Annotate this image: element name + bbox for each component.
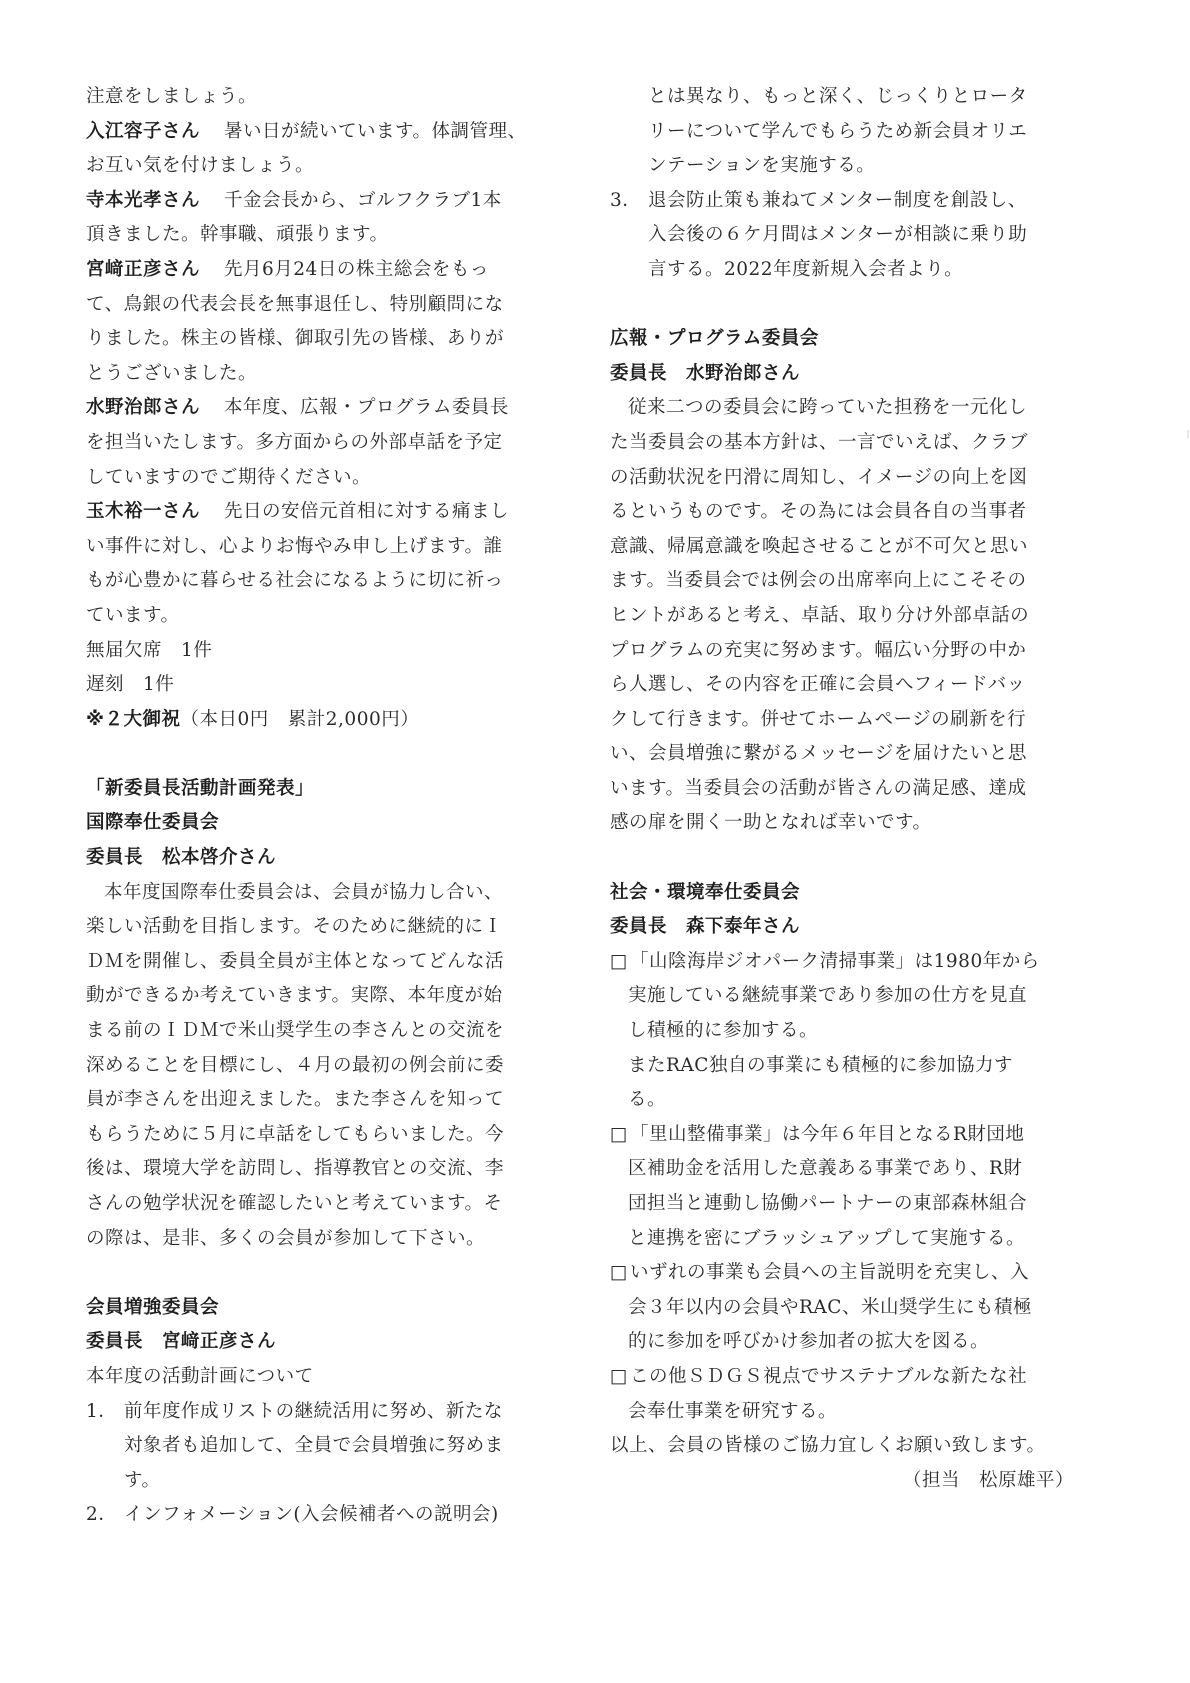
speaker-name: 寺本光孝さん — [86, 190, 200, 211]
speech-line: とうございました。 — [86, 357, 556, 392]
bullet-item: □この他ＳＤＧＳ視点でサステナブルな新たな社 — [610, 1360, 1080, 1395]
bullet-line: またRAC独自の事業にも積極的に参加協力す — [610, 1049, 1080, 1084]
bullet-line: と連携を密にブラッシュアップして実施する。 — [610, 1222, 1080, 1257]
body-line: 感の扉を開く一助となれば幸いです。 — [610, 806, 1080, 841]
left-column: 注意をしましょう。 入江容子さん暑い日が続いています。体調管理、 お互い気を付け… — [86, 80, 556, 1533]
body-line: さんの勉学状況を確認したいと考えています。そ — [86, 1187, 556, 1222]
closing-line: 以上、会員の皆様のご協力宜しくお願い致します。 — [610, 1429, 1080, 1464]
speaker-name: 玉木裕一さん — [86, 501, 200, 522]
item-number: 3． — [610, 184, 648, 219]
celebration-amount: （本日0円 累計2,000円） — [181, 709, 420, 730]
body-line: 後は、環境大学を訪問し、指導教官との交流、李 — [86, 1152, 556, 1187]
body-line: 深めることを目標にし、４月の最初の例会前に委 — [86, 1049, 556, 1084]
speech-irie: 入江容子さん暑い日が続いています。体調管理、 — [86, 115, 556, 150]
list-item-line: ンテーションを実施する。 — [610, 149, 1080, 184]
body-line: 意識、帰属意識を喚起させることが不可欠と思い — [610, 530, 1080, 565]
list-item-line: 対象者も追加して、全員で会員増強に努めま — [86, 1429, 556, 1464]
speech-line: て、鳥銀の代表会長を無事退任し、特別顧問にな — [86, 288, 556, 323]
bullet-line: 的に参加を呼びかけ参加者の拡大を図る。 — [610, 1325, 1080, 1360]
speech-miyazaki: 宮﨑正彦さん先月6月24日の株主総会をもっ — [86, 253, 556, 288]
speech-teramoto: 寺本光孝さん千金会長から、ゴルフクラブ1本 — [86, 184, 556, 219]
chair-name-community: 委員長 森下泰年さん — [610, 910, 1080, 945]
checkbox-square-icon: □ — [610, 945, 630, 980]
chair-name-pr-program: 委員長 水野治郎さん — [610, 357, 1080, 392]
list-item-line: す。 — [86, 1464, 556, 1499]
speaker-name: 入江容子さん — [86, 121, 200, 142]
spacer — [86, 737, 556, 772]
body-line: まる前のＩＤＭで米山奨学生の李さんとの交流を — [86, 1014, 556, 1049]
speech-line: い事件に対し、心よりお悔やみ申し上げます。誰 — [86, 530, 556, 565]
body-line: います。当委員会の活動が皆さんの満足感、達成 — [610, 772, 1080, 807]
bullet-line: 会奉仕事業を研究する。 — [610, 1395, 1080, 1430]
list-item-line: 言する。2022年度新規入会者より。 — [610, 253, 1080, 288]
list-item-2: 2．インフォメーション(入会候補者への説明会) — [86, 1498, 556, 1533]
document-page: 注意をしましょう。 入江容子さん暑い日が続いています。体調管理、 お互い気を付け… — [0, 0, 1190, 1683]
speech-line: していますのでご期待ください。 — [86, 461, 556, 496]
checkbox-square-icon: □ — [610, 1256, 630, 1291]
membership-intro: 本年度の活動計画について — [86, 1360, 556, 1395]
item-number: 2． — [86, 1498, 124, 1533]
checkbox-square-icon: □ — [610, 1118, 630, 1153]
body-line: ら人選し、その内容を正確に会員へフィードバッ — [610, 668, 1080, 703]
scan-artifact — [1187, 430, 1189, 438]
speech-mizuno: 水野治郎さん本年度、広報・プログラム委員長 — [86, 391, 556, 426]
celebration-label: ※２大御祝 — [86, 709, 181, 730]
committee-heading-pr-program: 広報・プログラム委員会 — [610, 322, 1080, 357]
body-line: 従来二つの委員会に跨っていた担務を一元化し — [610, 391, 1080, 426]
body-line: た当委員会の基本方針は、一言でいえば、クラブ — [610, 426, 1080, 461]
chair-name-international: 委員長 松本啓介さん — [86, 841, 556, 876]
list-item-line: 入会後の６ケ月間はメンターが相談に乗り助 — [610, 218, 1080, 253]
body-line: もらうために５月に卓話をしてもらいました。今 — [86, 1118, 556, 1153]
speech-line: を担当いたします。多方面からの外部卓話を予定 — [86, 426, 556, 461]
right-column: とは異なり、もっと深く、じっくりとロータ リーについて学んでもらうため新会員オリ… — [610, 80, 1080, 1498]
bullet-line: 区補助金を活用した意義ある事業であり、R財 — [610, 1152, 1080, 1187]
bullet-line: 団担当と連動し協働パートナーの東部森林組合 — [610, 1187, 1080, 1222]
speaker-name: 宮﨑正彦さん — [86, 259, 200, 280]
item-number: 1． — [86, 1395, 124, 1430]
body-line: 楽しい活動を目指します。そのために継続的にＩ — [86, 910, 556, 945]
body-line: クして行きます。併せてホームページの刷新を行 — [610, 703, 1080, 738]
body-line: ます。当委員会では例会の出席率向上にこそその — [610, 564, 1080, 599]
body-line: 本年度国際奉仕委員会は、会員が協力し合い、 — [86, 876, 556, 911]
bullet-item: □いずれの事業も会員への主旨説明を充実し、入 — [610, 1256, 1080, 1291]
bullet-line: る。 — [610, 1083, 1080, 1118]
bullet-line: 実施している継続事業であり参加の仕方を見直 — [610, 979, 1080, 1014]
bullet-item: □「里山整備事業」は今年６年目となるR財団地 — [610, 1118, 1080, 1153]
bullet-item: □「山陰海岸ジオパーク清掃事業」は1980年から — [610, 945, 1080, 980]
body-line: るというものです。その為には会員各自の当事者 — [610, 495, 1080, 530]
body-line: 動ができるか考えていきます。実際、本年度が始 — [86, 979, 556, 1014]
speech-line: お互い気を付けましょう。 — [86, 149, 556, 184]
author-credit: （担当 松原雄平） — [610, 1464, 1080, 1499]
speech-line: りました。株主の皆様、御取引先の皆様、ありが — [86, 322, 556, 357]
committee-heading-international: 国際奉仕委員会 — [86, 806, 556, 841]
intro-tail: 注意をしましょう。 — [86, 80, 556, 115]
body-line: ＤＭを開催し、委員全員が主体となってどんな活 — [86, 945, 556, 980]
list-item-3: 3．退会防止策も兼ねてメンター制度を創設し、 — [610, 184, 1080, 219]
body-line: の際は、是非、多くの会員が参加して下さい。 — [86, 1222, 556, 1257]
chair-name-membership: 委員長 宮﨑正彦さん — [86, 1325, 556, 1360]
spacer — [86, 1256, 556, 1291]
spacer — [610, 841, 1080, 876]
bullet-line: 会３年以内の会員やRAC、米山奨学生にも積極 — [610, 1291, 1080, 1326]
speech-line: もが心豊かに暮らせる社会になるように切に祈っ — [86, 564, 556, 599]
body-line: い、会員増強に繋がるメッセージを届けたいと思 — [610, 737, 1080, 772]
speech-tamaki: 玉木裕一さん先日の安倍元首相に対する痛まし — [86, 495, 556, 530]
body-line: 員が李さんを出迎えました。また李さんを知って — [86, 1083, 556, 1118]
absent-count: 無届欠席 1件 — [86, 634, 556, 669]
speaker-name: 水野治郎さん — [86, 397, 200, 418]
bullet-line: し積極的に参加する。 — [610, 1014, 1080, 1049]
committee-heading-membership: 会員増強委員会 — [86, 1291, 556, 1326]
body-line: プログラムの充実に努めます。幅広い分野の中か — [610, 634, 1080, 669]
list-item-line: リーについて学んでもらうため新会員オリエ — [610, 115, 1080, 150]
body-line: ヒントがあると考え、卓話、取り分け外部卓話の — [610, 599, 1080, 634]
late-count: 遅刻 1件 — [86, 668, 556, 703]
checkbox-square-icon: □ — [610, 1360, 630, 1395]
list-item-line: とは異なり、もっと深く、じっくりとロータ — [610, 80, 1080, 115]
celebration-line: ※２大御祝（本日0円 累計2,000円） — [86, 703, 556, 738]
committee-heading-community: 社会・環境奉仕委員会 — [610, 876, 1080, 911]
list-item-1: 1．前年度作成リストの継続活用に努め、新たな — [86, 1395, 556, 1430]
section-title: 「新委員長活動計画発表」 — [86, 772, 556, 807]
body-line: の活動状況を円滑に周知し、イメージの向上を図 — [610, 461, 1080, 496]
speech-line: 頂きました。幹事職、頑張ります。 — [86, 218, 556, 253]
spacer — [610, 288, 1080, 323]
speech-line: ています。 — [86, 599, 556, 634]
